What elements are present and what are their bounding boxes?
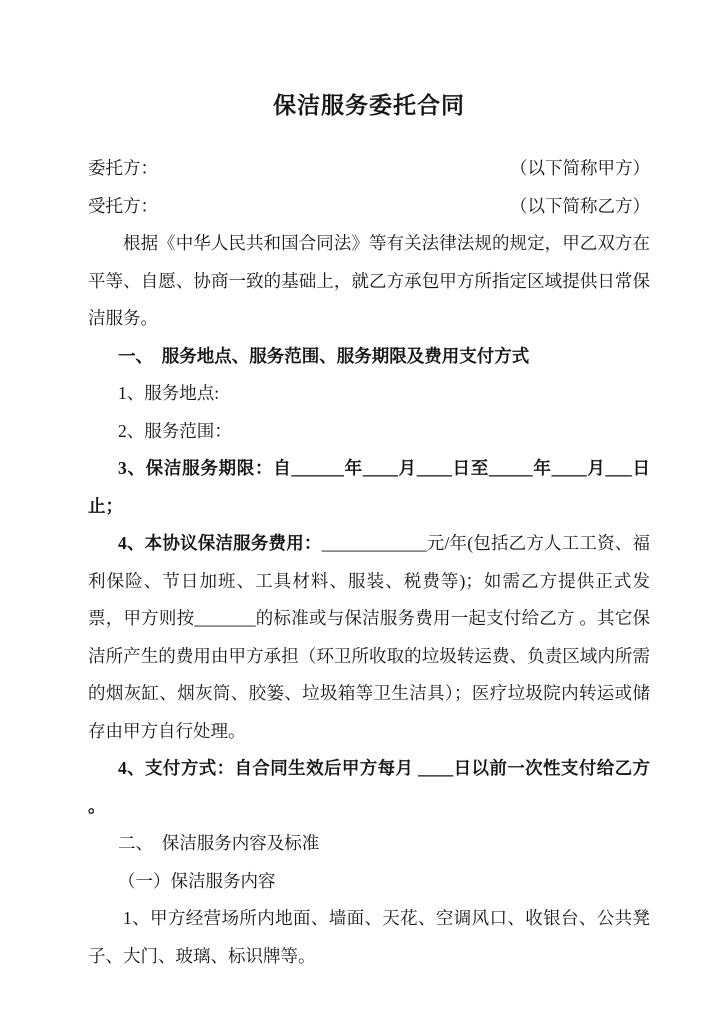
section1-item-service-scope: 2、服务范围： xyxy=(88,413,650,451)
party-b-alias: （以下简称乙方） xyxy=(510,188,650,226)
section1-heading: 一、 服务地点、服务范围、服务期限及费用支付方式 xyxy=(88,338,650,376)
intro-paragraph: 根据《中华人民共和国合同法》等有关法律法规的规定，甲乙双方在平等、自愿、协商一致… xyxy=(88,225,650,338)
party-b-row: 受托方： （以下简称乙方） xyxy=(88,188,650,226)
section1-item-service-location: 1、服务地点: xyxy=(88,375,650,413)
section2-heading: 二、 保洁服务内容及标准 xyxy=(88,825,650,863)
section1-item-service-term: 3、保洁服务期限：自______年____月____日至_____年____月_… xyxy=(88,450,650,525)
party-a-alias: （以下简称甲方） xyxy=(510,150,650,188)
section1-item-service-fee: 4、本协议保洁服务费用：____________元/年(包括乙方人工工资、福利保… xyxy=(88,525,650,750)
section1-item-payment-method: 4、支付方式：自合同生效后甲方每月 ____日以前一次性支付给乙方 。 xyxy=(88,750,650,825)
section1-item-service-fee-body: ____________元/年(包括乙方人工工资、福利保险、节日加班、工具材料、… xyxy=(88,533,650,741)
contract-page: 保洁服务委托合同 委托方： （以下简称甲方） 受托方： （以下简称乙方） 根据《… xyxy=(0,0,720,1017)
section2-item-cleaning-areas: 1、甲方经营场所内地面、墙面、天花、空调风口、收银台、公共凳子、大门、玻璃、标识… xyxy=(88,900,650,975)
document-title: 保洁服务委托合同 xyxy=(88,90,650,122)
party-a-row: 委托方： （以下简称甲方） xyxy=(88,150,650,188)
party-b-label: 受托方： xyxy=(88,188,158,226)
section2-subheading-content: （一）保洁服务内容 xyxy=(88,863,650,901)
section1-item-service-fee-label: 4、本协议保洁服务费用： xyxy=(118,533,322,553)
party-a-label: 委托方： xyxy=(88,150,158,188)
